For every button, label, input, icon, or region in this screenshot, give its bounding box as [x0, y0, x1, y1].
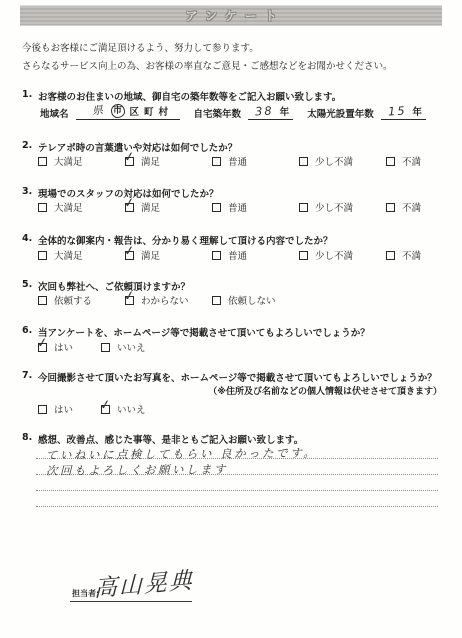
check-mark-icon: ✓ [36, 335, 49, 351]
intro-line-1: 今後もお客様にご満足頂けるよう、努力して参ります。 [22, 40, 393, 58]
checkbox-option[interactable]: 少し不満 [299, 200, 386, 214]
option-label: 普通 [228, 200, 247, 214]
home-age-label: 自宅築年数 [194, 106, 242, 120]
city-unit-label: 市 [113, 106, 122, 116]
check-mark-icon: ✓ [123, 288, 136, 304]
option-label: 少し不満 [315, 248, 353, 262]
checkbox-option[interactable]: 不満 [386, 154, 462, 168]
checkbox-icon[interactable] [299, 251, 308, 260]
checkbox-option[interactable]: ✓はい [38, 340, 101, 354]
option-label: 少し不満 [315, 154, 353, 168]
checkbox-icon[interactable] [38, 203, 47, 212]
home-age-unit: 年 [280, 104, 290, 118]
checkbox-icon[interactable] [38, 405, 47, 414]
checkbox-icon[interactable] [212, 157, 221, 166]
solar-age-label: 太陽光設置年数 [307, 106, 374, 120]
option-label: いいえ [117, 402, 146, 416]
option-label: いいえ [117, 340, 146, 354]
checkbox-icon[interactable] [38, 296, 47, 305]
checkbox-option[interactable]: ✓満足 [125, 248, 212, 262]
checkbox-checked-icon[interactable]: ✓ [125, 296, 134, 305]
checkbox-icon[interactable] [386, 203, 395, 212]
region-blank-field[interactable]: 県 市 区町村 [76, 102, 180, 120]
option-label: 大満足 [54, 200, 83, 214]
question-2-text: テレアポ時の言葉遣いや対応は如何でしたか？ [38, 140, 237, 154]
checkbox-icon[interactable] [38, 251, 47, 260]
option-label: 依頼しない [228, 293, 276, 307]
question-5-text: 次回も弊社へ、ご依頼頂けますか？ [38, 279, 190, 293]
option-label: はい [54, 340, 73, 354]
checkbox-icon[interactable] [101, 343, 110, 352]
solar-age-unit: 年 [412, 104, 422, 118]
question-5-number: 5. [22, 279, 38, 293]
region-label: 地域名 [40, 106, 69, 120]
question-1-number: 1. [22, 89, 38, 103]
check-mark-icon: ✓ [123, 149, 136, 165]
intro-text: 今後もお客様にご満足頂けるよう、努力して参ります。 さらなるサービス向上の為、お… [22, 40, 393, 75]
circled-city-mark[interactable]: 市 [111, 104, 125, 118]
checkbox-icon[interactable] [212, 251, 221, 260]
home-age-handwritten-value: 38 [252, 103, 277, 118]
checkbox-option[interactable]: 依頼する [38, 293, 125, 307]
staff-signature: 高山晃典 [94, 562, 194, 604]
checkbox-checked-icon[interactable]: ✓ [125, 251, 134, 260]
handwritten-comment-2: 次回もよろしくお願いします [36, 461, 228, 479]
q3-options: 大満足✓満足普通少し不満不満 [38, 200, 462, 214]
page-title: アンケート [177, 7, 284, 24]
option-label: 大満足 [54, 248, 83, 262]
checkbox-icon[interactable] [38, 157, 47, 166]
checkbox-icon[interactable] [212, 296, 221, 305]
question-3-number: 3. [22, 186, 38, 200]
option-label: 不満 [402, 200, 421, 214]
q7-options: はい✓いいえ [38, 402, 164, 416]
option-label: はい [54, 402, 73, 416]
checkbox-icon[interactable] [386, 251, 395, 260]
checkbox-option[interactable]: ✓わからない [125, 293, 212, 307]
checkbox-option[interactable]: ✓満足 [125, 200, 212, 214]
checkbox-checked-icon[interactable]: ✓ [125, 157, 134, 166]
check-mark-icon: ✓ [123, 243, 136, 259]
option-label: 少し不満 [315, 200, 353, 214]
question-3: 3. 現場でのスタッフの対応は如何でしたか？ [22, 186, 219, 200]
option-label: わからない [141, 293, 189, 307]
checkbox-option[interactable]: 普通 [212, 154, 299, 168]
address-units-label: 区町村 [130, 104, 174, 118]
checkbox-option[interactable]: 大満足 [38, 200, 125, 214]
option-label: 満足 [141, 154, 160, 168]
q7-privacy-note: （※住所及び名前などの個人情報は伏せさせて頂きます） [208, 384, 442, 397]
region-handwritten-value: 県 [91, 102, 103, 119]
question-1: 1. お客様のお住まいの地域、御自宅の築年数等をご記入お願い致します。 [22, 89, 341, 103]
check-mark-icon: ✓ [99, 397, 112, 413]
checkbox-option[interactable]: 不満 [386, 200, 462, 214]
checkbox-option[interactable]: ✓満足 [125, 154, 212, 168]
checkbox-icon[interactable] [299, 203, 308, 212]
checkbox-option[interactable]: はい [38, 402, 101, 416]
question-7-number: 7. [22, 370, 38, 384]
home-age-field[interactable]: 38 年 [248, 104, 293, 120]
question-1-text: お客様のお住まいの地域、御自宅の築年数等をご記入お願い致します。 [38, 89, 341, 103]
checkbox-icon[interactable] [212, 203, 221, 212]
checkbox-option[interactable]: 普通 [212, 200, 299, 214]
intro-line-2: さらなるサービス向上の為、お客様の率直なご意見・ご感想などをお聞かせください。 [22, 58, 393, 76]
check-mark-icon: ✓ [123, 195, 136, 211]
checkbox-option[interactable]: 依頼しない [212, 293, 299, 307]
option-label: 満足 [141, 248, 160, 262]
checkbox-checked-icon[interactable]: ✓ [38, 343, 47, 352]
checkbox-checked-icon[interactable]: ✓ [101, 405, 110, 414]
handwritten-comment-1: ていねいに点検してもらい 良かったです。 [36, 445, 317, 463]
checkbox-icon[interactable] [386, 157, 395, 166]
checkbox-checked-icon[interactable]: ✓ [125, 203, 134, 212]
checkbox-option[interactable]: 不満 [386, 248, 462, 262]
header-bar: アンケート [20, 5, 442, 26]
signature-underline [70, 601, 192, 602]
option-label: 大満足 [54, 154, 83, 168]
option-label: 普通 [228, 154, 247, 168]
question-6: 6. 当アンケートを、ホームページ等で掲載させて頂いてもよろしいでしょうか？ [22, 325, 370, 339]
q5-options: 依頼する✓わからない依頼しない [38, 293, 299, 307]
question-4: 4. 全体的な御案内・報告は、分かり易く理解して頂ける内容でしたか？ [22, 233, 333, 247]
checkbox-option[interactable]: いいえ [101, 340, 164, 354]
q2-options: 大満足✓満足普通少し不満不満 [38, 154, 462, 168]
q1-answer-row: 地域名 県 市 区町村 自宅築年数 38 年 太陽光設置年数 15 年 [40, 103, 426, 120]
q6-options: ✓はいいいえ [38, 340, 164, 354]
question-5: 5. 次回も弊社へ、ご依頼頂けますか？ [22, 279, 190, 293]
question-4-text: 全体的な御案内・報告は、分かり易く理解して頂ける内容でしたか？ [38, 233, 333, 247]
checkbox-option[interactable]: 少し不満 [299, 248, 386, 262]
question-6-text: 当アンケートを、ホームページ等で掲載させて頂いてもよろしいでしょうか？ [38, 325, 370, 339]
question-7-text: 今回撮影させて頂いたお写真を、ホームページ等で掲載させて頂いてもよろしいでしょう… [38, 370, 437, 384]
checkbox-option[interactable]: 大満足 [38, 248, 125, 262]
checkbox-option[interactable]: 大満足 [38, 154, 125, 168]
option-label: 満足 [141, 200, 160, 214]
checkbox-option[interactable]: 少し不満 [299, 154, 386, 168]
q8-comment-area: ていねいに点検してもらい 良かったです。 次回もよろしくお願いします [36, 443, 438, 507]
option-label: 不満 [402, 154, 421, 168]
question-2-number: 2. [22, 140, 38, 154]
q4-options: 大満足✓満足普通少し不満不満 [38, 248, 462, 262]
questionnaire-page: アンケート 今後もお客様にご満足頂けるよう、努力して参ります。 さらなるサービス… [0, 0, 462, 638]
checkbox-icon[interactable] [299, 157, 308, 166]
solar-age-field[interactable]: 15 年 [381, 104, 426, 120]
option-label: 依頼する [54, 293, 92, 307]
checkbox-option[interactable]: 普通 [212, 248, 299, 262]
comment-line-4[interactable] [36, 491, 438, 507]
comment-line-1[interactable]: ていねいに点検してもらい 良かったです。 [36, 443, 438, 459]
solar-age-handwritten-value: 15 [384, 103, 409, 118]
option-label: 普通 [228, 248, 247, 262]
checkbox-option[interactable]: ✓いいえ [101, 402, 164, 416]
option-label: 不満 [402, 248, 421, 262]
question-7: 7. 今回撮影させて頂いたお写真を、ホームページ等で掲載させて頂いてもよろしいで… [22, 370, 437, 384]
question-4-number: 4. [22, 233, 38, 247]
